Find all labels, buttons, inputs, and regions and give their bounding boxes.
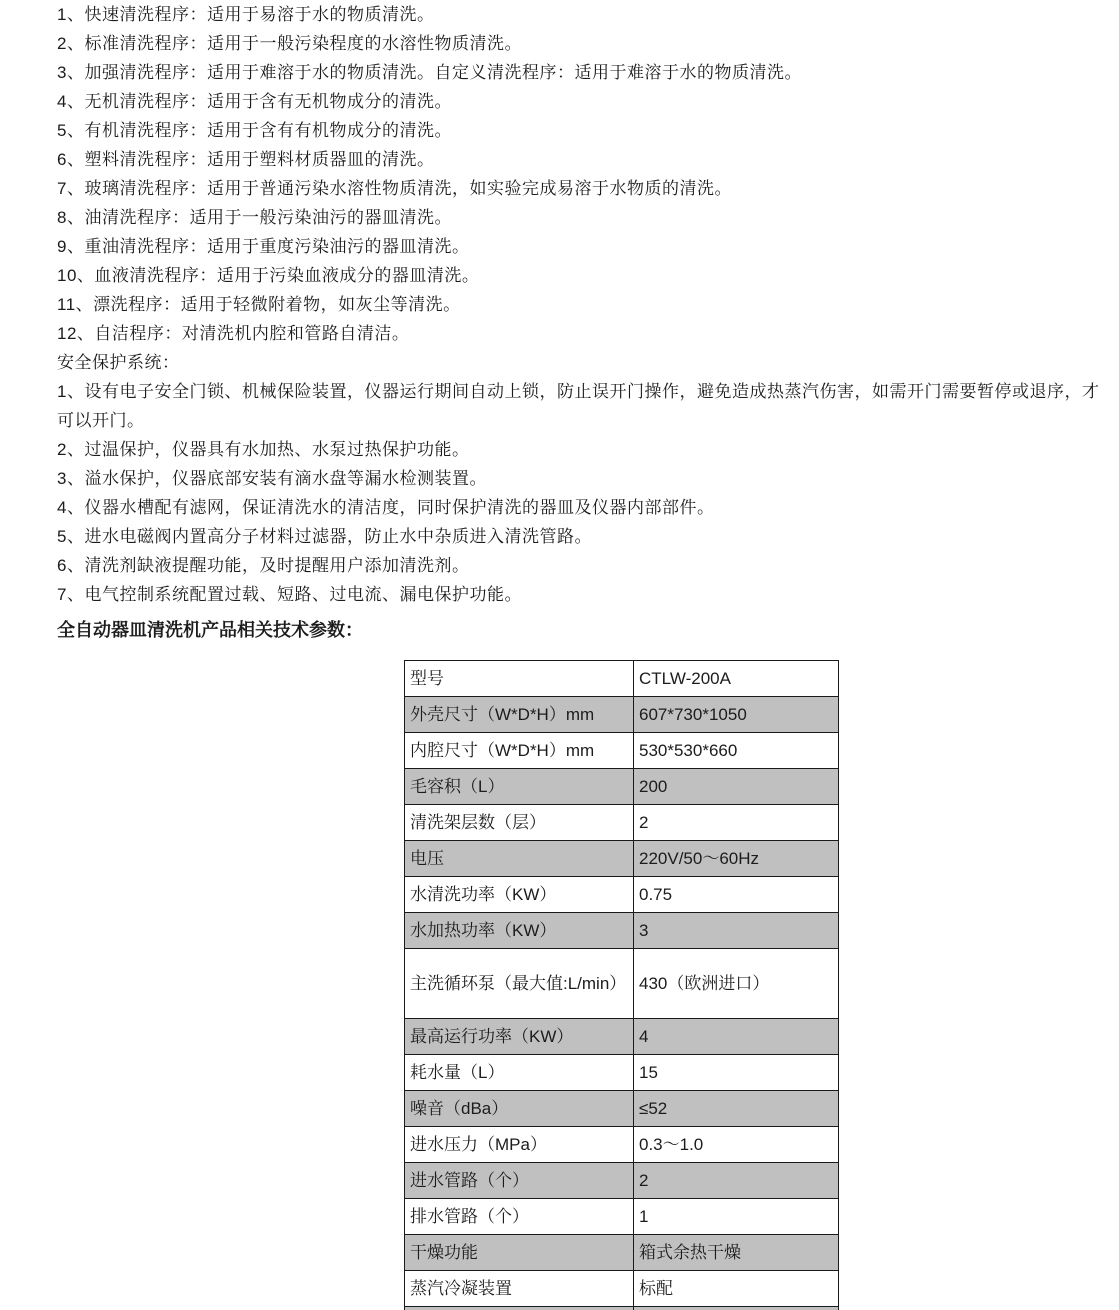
- spec-label-cell: 噪音（dBa）: [405, 1091, 634, 1127]
- spec-value-cell: 530*530*660: [634, 733, 839, 769]
- program-item: 4、无机清洗程序：适用于含有无机物成分的清洗。: [57, 87, 1113, 116]
- spec-label-cell: 水加热功率（KW）: [405, 913, 634, 949]
- program-item: 1、快速清洗程序：适用于易溶于水的物质清洗。: [57, 0, 1113, 29]
- spec-value-cell: 0.3～1.0: [634, 1127, 839, 1163]
- spec-label-cell: 排水管路（个）: [405, 1199, 634, 1235]
- spec-label-cell: [405, 1307, 634, 1310]
- spec-row: 电压 220V/50～60Hz: [405, 841, 839, 877]
- spec-row: 型号 CTLW-200A: [405, 661, 839, 697]
- spec-row: 排水管路（个） 1: [405, 1199, 839, 1235]
- spec-value-cell: 1: [634, 1199, 839, 1235]
- spec-row: 水清洗功率（KW） 0.75: [405, 877, 839, 913]
- spec-row: 外壳尺寸（W*D*H）mm 607*730*1050: [405, 697, 839, 733]
- spec-value-cell: 2: [634, 805, 839, 841]
- spec-value-cell: 箱式余热干燥: [634, 1235, 839, 1271]
- spec-label-cell: 清洗架层数（层）: [405, 805, 634, 841]
- program-item: 8、油清洗程序：适用于一般污染油污的器皿清洗。: [57, 203, 1113, 232]
- spec-value-cell: CTLW-200A: [634, 661, 839, 697]
- spec-row: 水加热功率（KW） 3: [405, 913, 839, 949]
- program-item: 5、有机清洗程序：适用于含有有机物成分的清洗。: [57, 116, 1113, 145]
- program-item: 12、自洁程序：对清洗机内腔和管路自清洁。: [57, 319, 1113, 348]
- safety-item: 4、仪器水槽配有滤网，保证清洗水的清洁度，同时保护清洗的器皿及仪器内部部件。: [57, 493, 1113, 522]
- spec-row: 清洗架层数（层） 2: [405, 805, 839, 841]
- safety-item: 2、过温保护，仪器具有水加热、水泵过热保护功能。: [57, 435, 1113, 464]
- program-item: 6、塑料清洗程序：适用于塑料材质器皿的清洗。: [57, 145, 1113, 174]
- program-item: 11、漂洗程序：适用于轻微附着物，如灰尘等清洗。: [57, 290, 1113, 319]
- document-page: 1、快速清洗程序：适用于易溶于水的物质清洗。 2、标准清洗程序：适用于一般污染程…: [0, 0, 1119, 1310]
- spec-row: 耗水量（L） 15: [405, 1055, 839, 1091]
- spec-row: 进水管路（个） 2: [405, 1163, 839, 1199]
- safety-item: 7、电气控制系统配置过载、短路、过电流、漏电保护功能。: [57, 580, 1113, 609]
- spec-value-cell: 3: [634, 913, 839, 949]
- spec-value-cell: 15: [634, 1055, 839, 1091]
- spec-label-cell: 电压: [405, 841, 634, 877]
- spec-value-cell: 0.75: [634, 877, 839, 913]
- spec-label-cell: 内腔尺寸（W*D*H）mm: [405, 733, 634, 769]
- cleaning-program-list: 1、快速清洗程序：适用于易溶于水的物质清洗。 2、标准清洗程序：适用于一般污染程…: [57, 0, 1113, 348]
- program-item: 7、玻璃清洗程序：适用于普通污染水溶性物质清洗，如实验完成易溶于水物质的清洗。: [57, 174, 1113, 203]
- program-item: 3、加强清洗程序：适用于难溶于水的物质清洗。自定义清洗程序：适用于难溶于水的物质…: [57, 58, 1113, 87]
- spec-value-cell: 2: [634, 1163, 839, 1199]
- safety-section: 安全保护系统： 1、设有电子安全门锁、机械保险装置，仪器运行期间自动上锁，防止误…: [57, 348, 1113, 609]
- section-heading-safety: 安全保护系统：: [57, 348, 1113, 377]
- spec-row: 噪音（dBa） ≤52: [405, 1091, 839, 1127]
- spec-label-cell: 外壳尺寸（W*D*H）mm: [405, 697, 634, 733]
- spec-label-cell: 耗水量（L）: [405, 1055, 634, 1091]
- spec-row: 干燥功能 箱式余热干燥: [405, 1235, 839, 1271]
- spec-value-cell: 220V/50～60Hz: [634, 841, 839, 877]
- spec-row: 毛容积（L） 200: [405, 769, 839, 805]
- safety-item: 6、清洗剂缺液提醒功能，及时提醒用户添加清洗剂。: [57, 551, 1113, 580]
- program-item: 10、血液清洗程序：适用于污染血液成分的器皿清洗。: [57, 261, 1113, 290]
- spec-label-cell: 毛容积（L）: [405, 769, 634, 805]
- spec-value-cell: 标配: [634, 1271, 839, 1307]
- safety-item: 1、设有电子安全门锁、机械保险装置，仪器运行期间自动上锁，防止误开门操作，避免造…: [57, 377, 1113, 435]
- spec-row: 最高运行功率（KW） 4: [405, 1019, 839, 1055]
- spec-row: 进水压力（MPa） 0.3～1.0: [405, 1127, 839, 1163]
- spec-value-cell: [634, 1307, 839, 1310]
- safety-item: 3、溢水保护，仪器底部安装有滴水盘等漏水检测装置。: [57, 464, 1113, 493]
- spec-value-cell: 607*730*1050: [634, 697, 839, 733]
- spec-table-title: 全自动器皿清洗机产品相关技术参数：: [57, 616, 1119, 645]
- spec-value-cell: 430（欧洲进口）: [634, 949, 839, 1019]
- spec-label-cell: 型号: [405, 661, 634, 697]
- spec-row: 内腔尺寸（W*D*H）mm 530*530*660: [405, 733, 839, 769]
- safety-item: 5、进水电磁阀内置高分子材料过滤器，防止水中杂质进入清洗管路。: [57, 522, 1113, 551]
- spec-label-cell: 进水管路（个）: [405, 1163, 634, 1199]
- spec-label-cell: 水清洗功率（KW）: [405, 877, 634, 913]
- spec-value-cell: 200: [634, 769, 839, 805]
- program-item: 9、重油清洗程序：适用于重度污染油污的器皿清洗。: [57, 232, 1113, 261]
- spec-value-cell: ≤52: [634, 1091, 839, 1127]
- spec-label-cell: 进水压力（MPa）: [405, 1127, 634, 1163]
- spec-label-cell: 干燥功能: [405, 1235, 634, 1271]
- spec-label-cell: 蒸汽冷凝装置: [405, 1271, 634, 1307]
- program-item: 2、标准清洗程序：适用于一般污染程度的水溶性物质清洗。: [57, 29, 1113, 58]
- spec-label-cell: 主洗循环泵（最大值:L/min）: [405, 949, 634, 1019]
- spec-label-cell: 最高运行功率（KW）: [405, 1019, 634, 1055]
- spec-row: 蒸汽冷凝装置 标配: [405, 1271, 839, 1307]
- spec-value-cell: 4: [634, 1019, 839, 1055]
- spec-row: 主洗循环泵（最大值:L/min） 430（欧洲进口）: [405, 949, 839, 1019]
- spec-row-partial: [405, 1307, 839, 1310]
- spec-table: 型号 CTLW-200A 外壳尺寸（W*D*H）mm 607*730*1050 …: [404, 660, 839, 1310]
